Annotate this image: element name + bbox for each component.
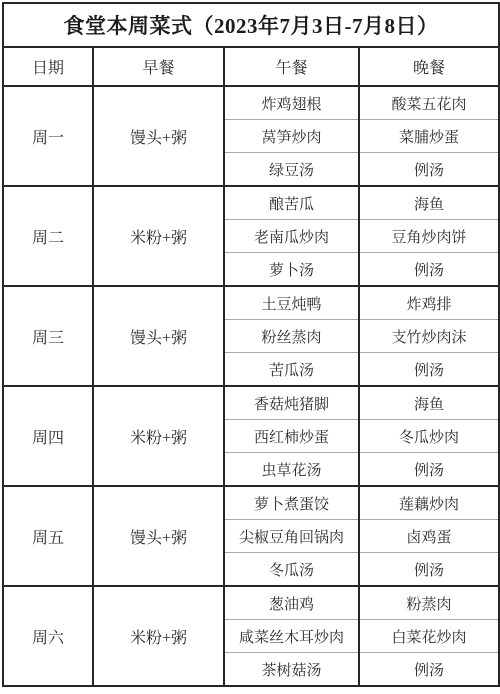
lunch-dish: 萝卜汤 bbox=[224, 253, 359, 287]
day-label-friday: 周五 bbox=[3, 486, 93, 586]
dinner-dish: 例汤 bbox=[359, 253, 499, 287]
breakfast-cell: 馒头+粥 bbox=[93, 286, 224, 386]
table-row: 周五 馒头+粥 萝卜煮蛋饺 莲藕炒肉 bbox=[3, 486, 499, 520]
dinner-dish: 例汤 bbox=[359, 453, 499, 487]
lunch-dish: 土豆炖鸭 bbox=[224, 286, 359, 320]
lunch-dish: 葱油鸡 bbox=[224, 586, 359, 620]
lunch-dish: 炸鸡翅根 bbox=[224, 86, 359, 120]
col-header-dinner: 晚餐 bbox=[359, 47, 499, 86]
dinner-dish: 例汤 bbox=[359, 653, 499, 687]
table-row: 周三 馒头+粥 土豆炖鸭 炸鸡排 bbox=[3, 286, 499, 320]
lunch-dish: 虫草花汤 bbox=[224, 453, 359, 487]
dinner-dish: 海鱼 bbox=[359, 386, 499, 420]
dinner-dish: 莲藕炒肉 bbox=[359, 486, 499, 520]
dinner-dish: 豆角炒肉饼 bbox=[359, 220, 499, 253]
lunch-dish: 粉丝蒸肉 bbox=[224, 320, 359, 353]
breakfast-cell: 米粉+粥 bbox=[93, 186, 224, 286]
dinner-dish: 例汤 bbox=[359, 553, 499, 587]
weekly-menu-table: 食堂本周菜式（2023年7月3日-7月8日） 日期 早餐 午餐 晚餐 周一 馒头… bbox=[2, 2, 500, 687]
lunch-dish: 茶树菇汤 bbox=[224, 653, 359, 687]
lunch-dish: 尖椒豆角回锅肉 bbox=[224, 520, 359, 553]
col-header-breakfast: 早餐 bbox=[93, 47, 224, 86]
lunch-dish: 酿苦瓜 bbox=[224, 186, 359, 220]
dinner-dish: 例汤 bbox=[359, 153, 499, 187]
dinner-dish: 炸鸡排 bbox=[359, 286, 499, 320]
dinner-dish: 粉蒸肉 bbox=[359, 586, 499, 620]
day-label-wednesday: 周三 bbox=[3, 286, 93, 386]
dinner-dish: 酸菜五花肉 bbox=[359, 86, 499, 120]
col-header-date: 日期 bbox=[3, 47, 93, 86]
breakfast-cell: 米粉+粥 bbox=[93, 386, 224, 486]
breakfast-cell: 米粉+粥 bbox=[93, 586, 224, 686]
table-row: 周六 米粉+粥 葱油鸡 粉蒸肉 bbox=[3, 586, 499, 620]
lunch-dish: 莴笋炒肉 bbox=[224, 120, 359, 153]
breakfast-cell: 馒头+粥 bbox=[93, 486, 224, 586]
col-header-lunch: 午餐 bbox=[224, 47, 359, 86]
header-row: 日期 早餐 午餐 晚餐 bbox=[3, 47, 499, 86]
lunch-dish: 老南瓜炒肉 bbox=[224, 220, 359, 253]
table-row: 周一 馒头+粥 炸鸡翅根 酸菜五花肉 bbox=[3, 86, 499, 120]
dinner-dish: 例汤 bbox=[359, 353, 499, 387]
page-title: 食堂本周菜式（2023年7月3日-7月8日） bbox=[3, 3, 499, 47]
breakfast-cell: 馒头+粥 bbox=[93, 86, 224, 186]
lunch-dish: 苦瓜汤 bbox=[224, 353, 359, 387]
lunch-dish: 萝卜煮蛋饺 bbox=[224, 486, 359, 520]
day-label-thursday: 周四 bbox=[3, 386, 93, 486]
day-label-saturday: 周六 bbox=[3, 586, 93, 686]
dinner-dish: 卤鸡蛋 bbox=[359, 520, 499, 553]
lunch-dish: 冬瓜汤 bbox=[224, 553, 359, 587]
table-row: 周二 米粉+粥 酿苦瓜 海鱼 bbox=[3, 186, 499, 220]
day-label-monday: 周一 bbox=[3, 86, 93, 186]
dinner-dish: 冬瓜炒肉 bbox=[359, 420, 499, 453]
title-row: 食堂本周菜式（2023年7月3日-7月8日） bbox=[3, 3, 499, 47]
day-label-tuesday: 周二 bbox=[3, 186, 93, 286]
lunch-dish: 咸菜丝木耳炒肉 bbox=[224, 620, 359, 653]
dinner-dish: 菜脯炒蛋 bbox=[359, 120, 499, 153]
table-row: 周四 米粉+粥 香菇炖猪脚 海鱼 bbox=[3, 386, 499, 420]
lunch-dish: 西红柿炒蛋 bbox=[224, 420, 359, 453]
lunch-dish: 香菇炖猪脚 bbox=[224, 386, 359, 420]
dinner-dish: 支竹炒肉沫 bbox=[359, 320, 499, 353]
dinner-dish: 白菜花炒肉 bbox=[359, 620, 499, 653]
lunch-dish: 绿豆汤 bbox=[224, 153, 359, 187]
dinner-dish: 海鱼 bbox=[359, 186, 499, 220]
